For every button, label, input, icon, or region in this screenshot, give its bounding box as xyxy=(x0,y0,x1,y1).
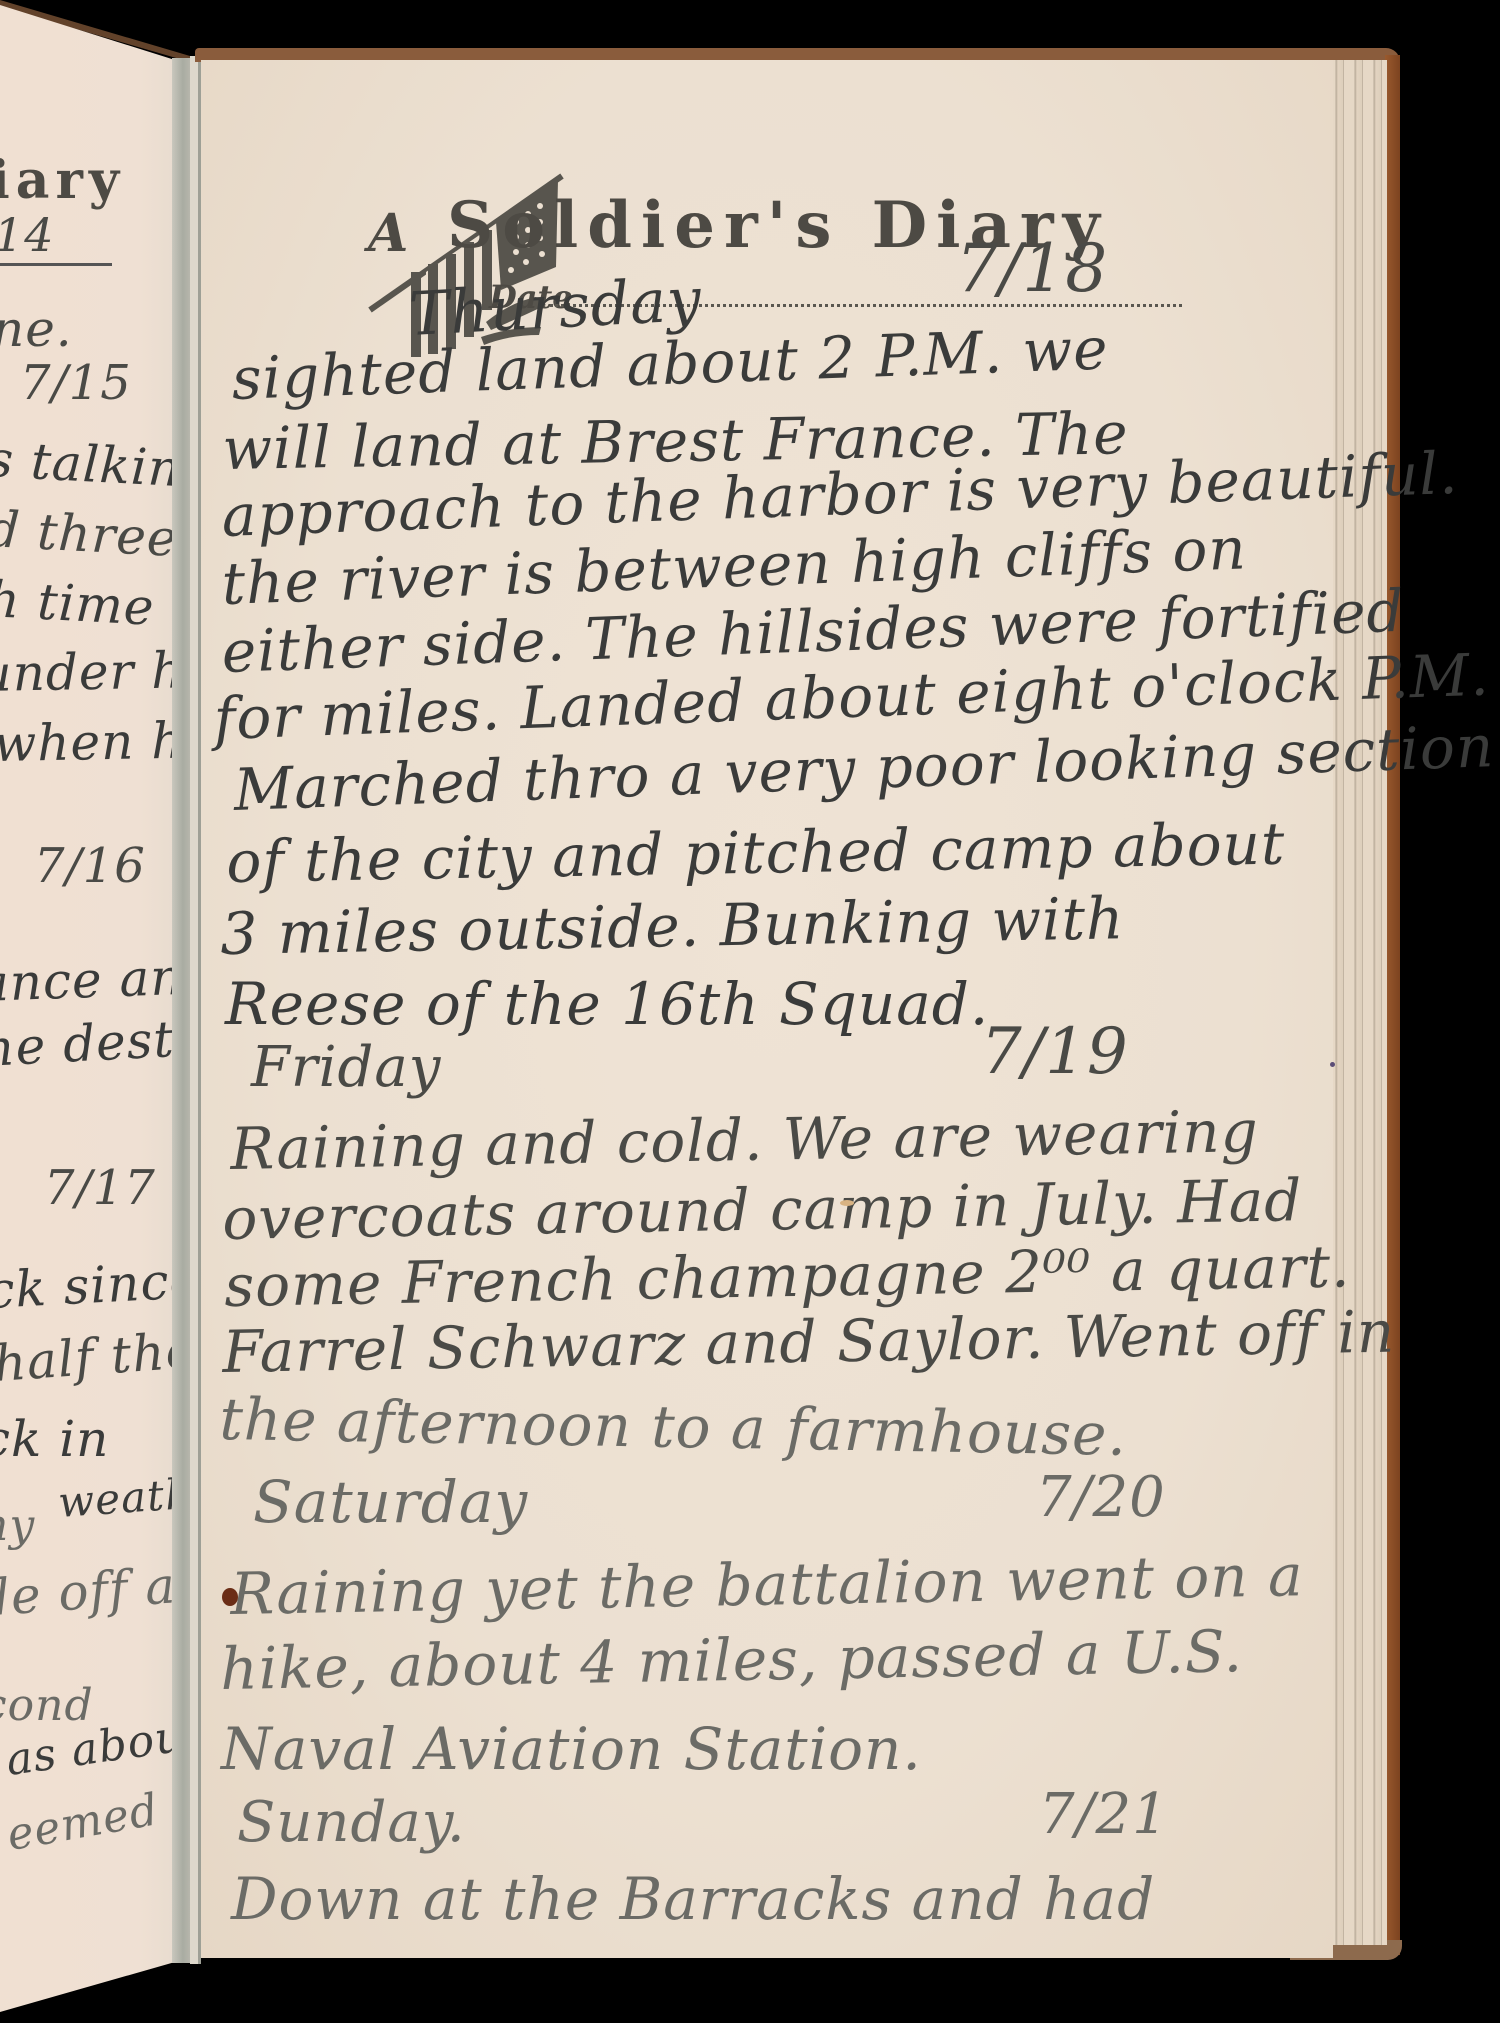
entry-date: 7/21 xyxy=(1039,1782,1169,1847)
left-line: ne. xyxy=(0,300,73,358)
entry-line: Down at the Barracks and had xyxy=(231,1865,1155,1933)
entry-line: 3 miles outside. Bunking with xyxy=(220,884,1125,968)
left-page-header-fragment: iary xyxy=(0,150,125,211)
entry-date: 7/19 xyxy=(981,1015,1129,1089)
left-date: 7/16 xyxy=(34,838,146,894)
entry-day: Friday xyxy=(251,1035,441,1100)
left-page-date-underline xyxy=(0,263,112,266)
entry-line: Naval Aviation Station. xyxy=(221,1715,922,1783)
entry-line: Raining yet the battalion went on a xyxy=(230,1541,1304,1628)
left-line: d three xyxy=(0,500,179,568)
entry-line: sighted land about 2 P.M. we xyxy=(231,314,1110,413)
left-line: ck in xyxy=(0,1410,109,1468)
left-line: cond xyxy=(0,1680,94,1731)
gutter-shadow xyxy=(172,58,190,1963)
left-line: ny xyxy=(0,1500,35,1551)
entry-day: Saturday xyxy=(253,1468,528,1536)
ink-dot xyxy=(1330,1062,1335,1067)
entry-day: Sunday. xyxy=(237,1790,466,1855)
header-date-value: 7/18 xyxy=(956,230,1108,307)
entry-line: Reese of the 16th Squad. xyxy=(225,970,989,1038)
left-line: half the xyxy=(0,1321,198,1393)
ink-blot xyxy=(222,1588,238,1606)
gutter-strip xyxy=(190,56,198,1964)
left-date: 7/15 xyxy=(20,355,132,411)
entry-date: 7/20 xyxy=(1036,1465,1166,1530)
left-page-date-fragment: 14 xyxy=(0,208,55,262)
entry-line: of the city and pitched camp about xyxy=(226,810,1286,896)
left-page: iary 14 ne. 7/15 s talking d three h tim… xyxy=(0,0,175,2023)
entry-line: the afternoon to a farmhouse. xyxy=(219,1385,1127,1469)
right-page: A Soldier's Diary Date 7/18 Thursday sig… xyxy=(201,60,1333,1958)
entry-line: hike, about 4 miles, passed a U.S. xyxy=(220,1617,1244,1703)
page-stack-edges xyxy=(1325,60,1387,1945)
paper-stain xyxy=(840,1200,854,1206)
book-cover-right-edge xyxy=(1385,55,1400,1955)
left-date: 7/17 xyxy=(44,1160,156,1216)
